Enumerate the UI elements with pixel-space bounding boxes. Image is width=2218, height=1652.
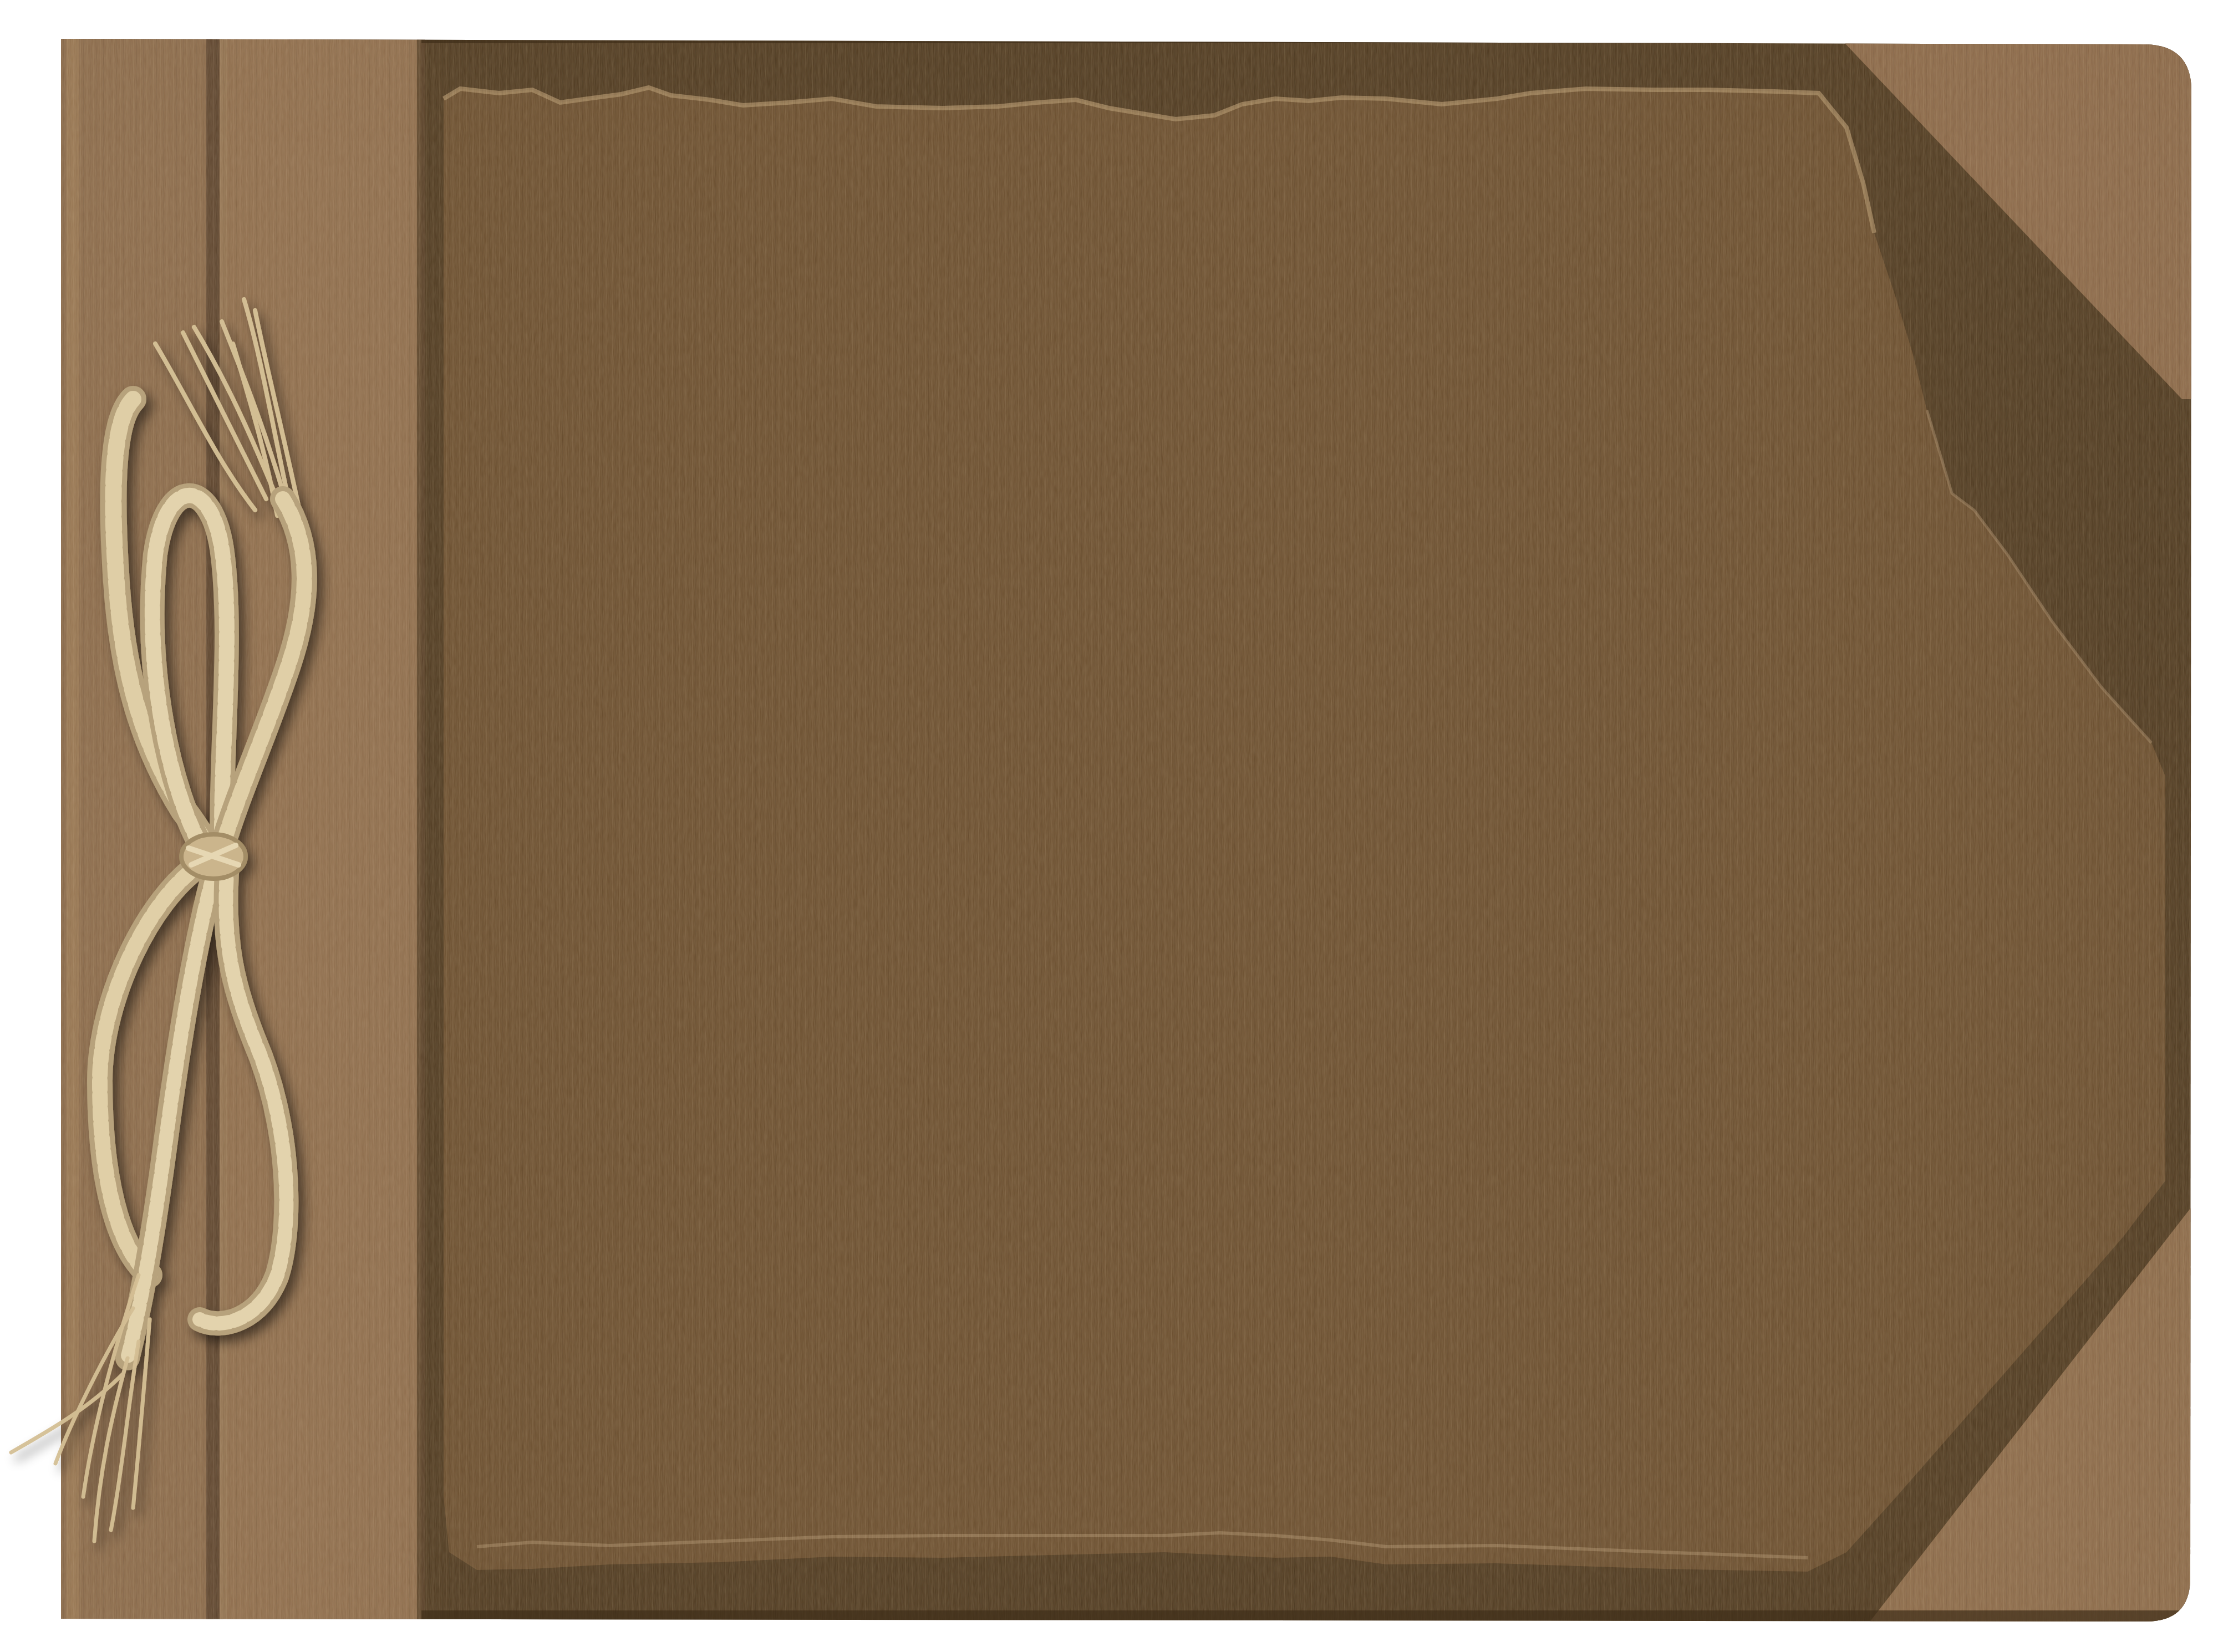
album-illustration: Vintage cloth-bound photo album cover ti… — [0, 0, 2218, 1652]
album-photo: Vintage cloth-bound photo album cover ti… — [0, 0, 2218, 1652]
album-cover — [0, 0, 2218, 1652]
